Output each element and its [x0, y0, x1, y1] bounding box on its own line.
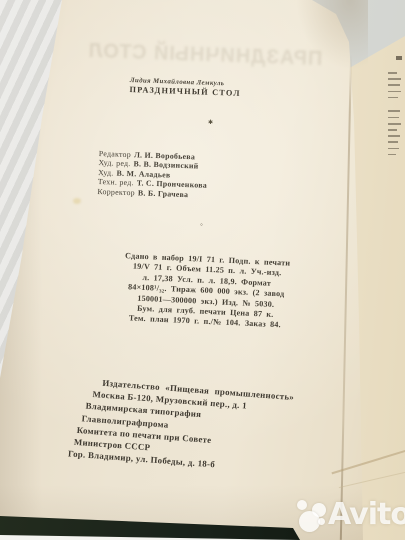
printer-ornament-icon: ✱ [208, 119, 213, 126]
credit-role: Корректор [97, 187, 135, 197]
printer-ornament-icon: ◦ [200, 220, 203, 229]
credit-name: В. Б. Грачева [138, 188, 189, 199]
title-block: Лидия Михайловна Лемкуль ПРАЗДНИЧНЫЙ СТО… [129, 77, 241, 98]
photo-book-colophon-page: ПРАЗДНИЧНЫЙ СТОЛ Лидия Михайловна Лемкул… [0, 0, 405, 540]
print-imprint-block: Сдано в набор 19/I 71 г. Подп. к печати … [97, 250, 316, 333]
credit-role: Худ. [98, 168, 114, 178]
editorial-credits-block: РедакторЛ. И. Воробьева Худ. ред.В. В. В… [97, 149, 208, 200]
printed-text-layer: Лидия Михайловна Лемкуль ПРАЗДНИЧНЫЙ СТО… [0, 0, 405, 540]
publisher-block: Издательство «Пищевая промышленность» Мо… [74, 375, 295, 476]
